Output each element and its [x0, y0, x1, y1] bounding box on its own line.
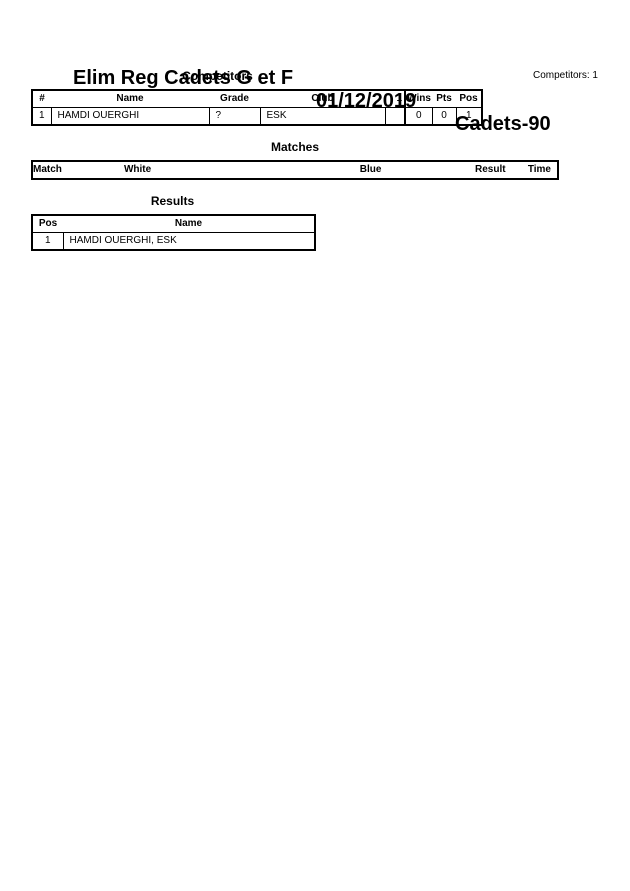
results-table: Pos Name 1 HAMDI OUERGHI, ESK: [31, 214, 316, 251]
competitor-club: ESK: [260, 108, 385, 126]
competitor-round-1: [385, 108, 405, 126]
col-result: Result: [451, 161, 517, 179]
col-name: Name: [63, 215, 315, 233]
col-time: Time: [518, 161, 558, 179]
competitor-wins: 0: [405, 108, 432, 126]
competitor-number: 1: [32, 108, 51, 126]
col-round-1: 1: [385, 90, 405, 108]
col-pos: Pos: [456, 90, 482, 108]
col-white: White: [74, 161, 233, 179]
col-pos: Pos: [32, 215, 63, 233]
result-pos: 1: [32, 233, 63, 251]
competitors-table: # Name Grade Club 1 Wins Pts Pos 1 HAMDI…: [31, 89, 483, 126]
matches-table: Match White Blue Result Time: [31, 160, 559, 180]
col-blue: Blue: [233, 161, 451, 179]
col-wins: Wins: [405, 90, 432, 108]
col-pts: Pts: [432, 90, 456, 108]
competitor-pos: 1: [456, 108, 482, 126]
competitor-pts: 0: [432, 108, 456, 126]
table-row: 1 HAMDI OUERGHI ? ESK 0 0 1: [32, 108, 482, 126]
col-number: #: [32, 90, 51, 108]
competitors-count: Competitors: 1: [500, 70, 598, 81]
col-grade: Grade: [209, 90, 260, 108]
result-name: HAMDI OUERGHI, ESK: [63, 233, 315, 251]
matches-heading: Matches: [240, 140, 350, 154]
table-header-row: Pos Name: [32, 215, 315, 233]
col-match: Match: [32, 161, 74, 179]
col-club: Club: [260, 90, 385, 108]
table-header-row: Match White Blue Result Time: [32, 161, 558, 179]
table-row: 1 HAMDI OUERGHI, ESK: [32, 233, 315, 251]
competitor-name: HAMDI OUERGHI: [51, 108, 209, 126]
competitor-grade: ?: [209, 108, 260, 126]
col-name: Name: [51, 90, 209, 108]
competitors-heading: Competitors: [150, 69, 285, 83]
table-header-row: # Name Grade Club 1 Wins Pts Pos: [32, 90, 482, 108]
results-heading: Results: [120, 194, 225, 208]
